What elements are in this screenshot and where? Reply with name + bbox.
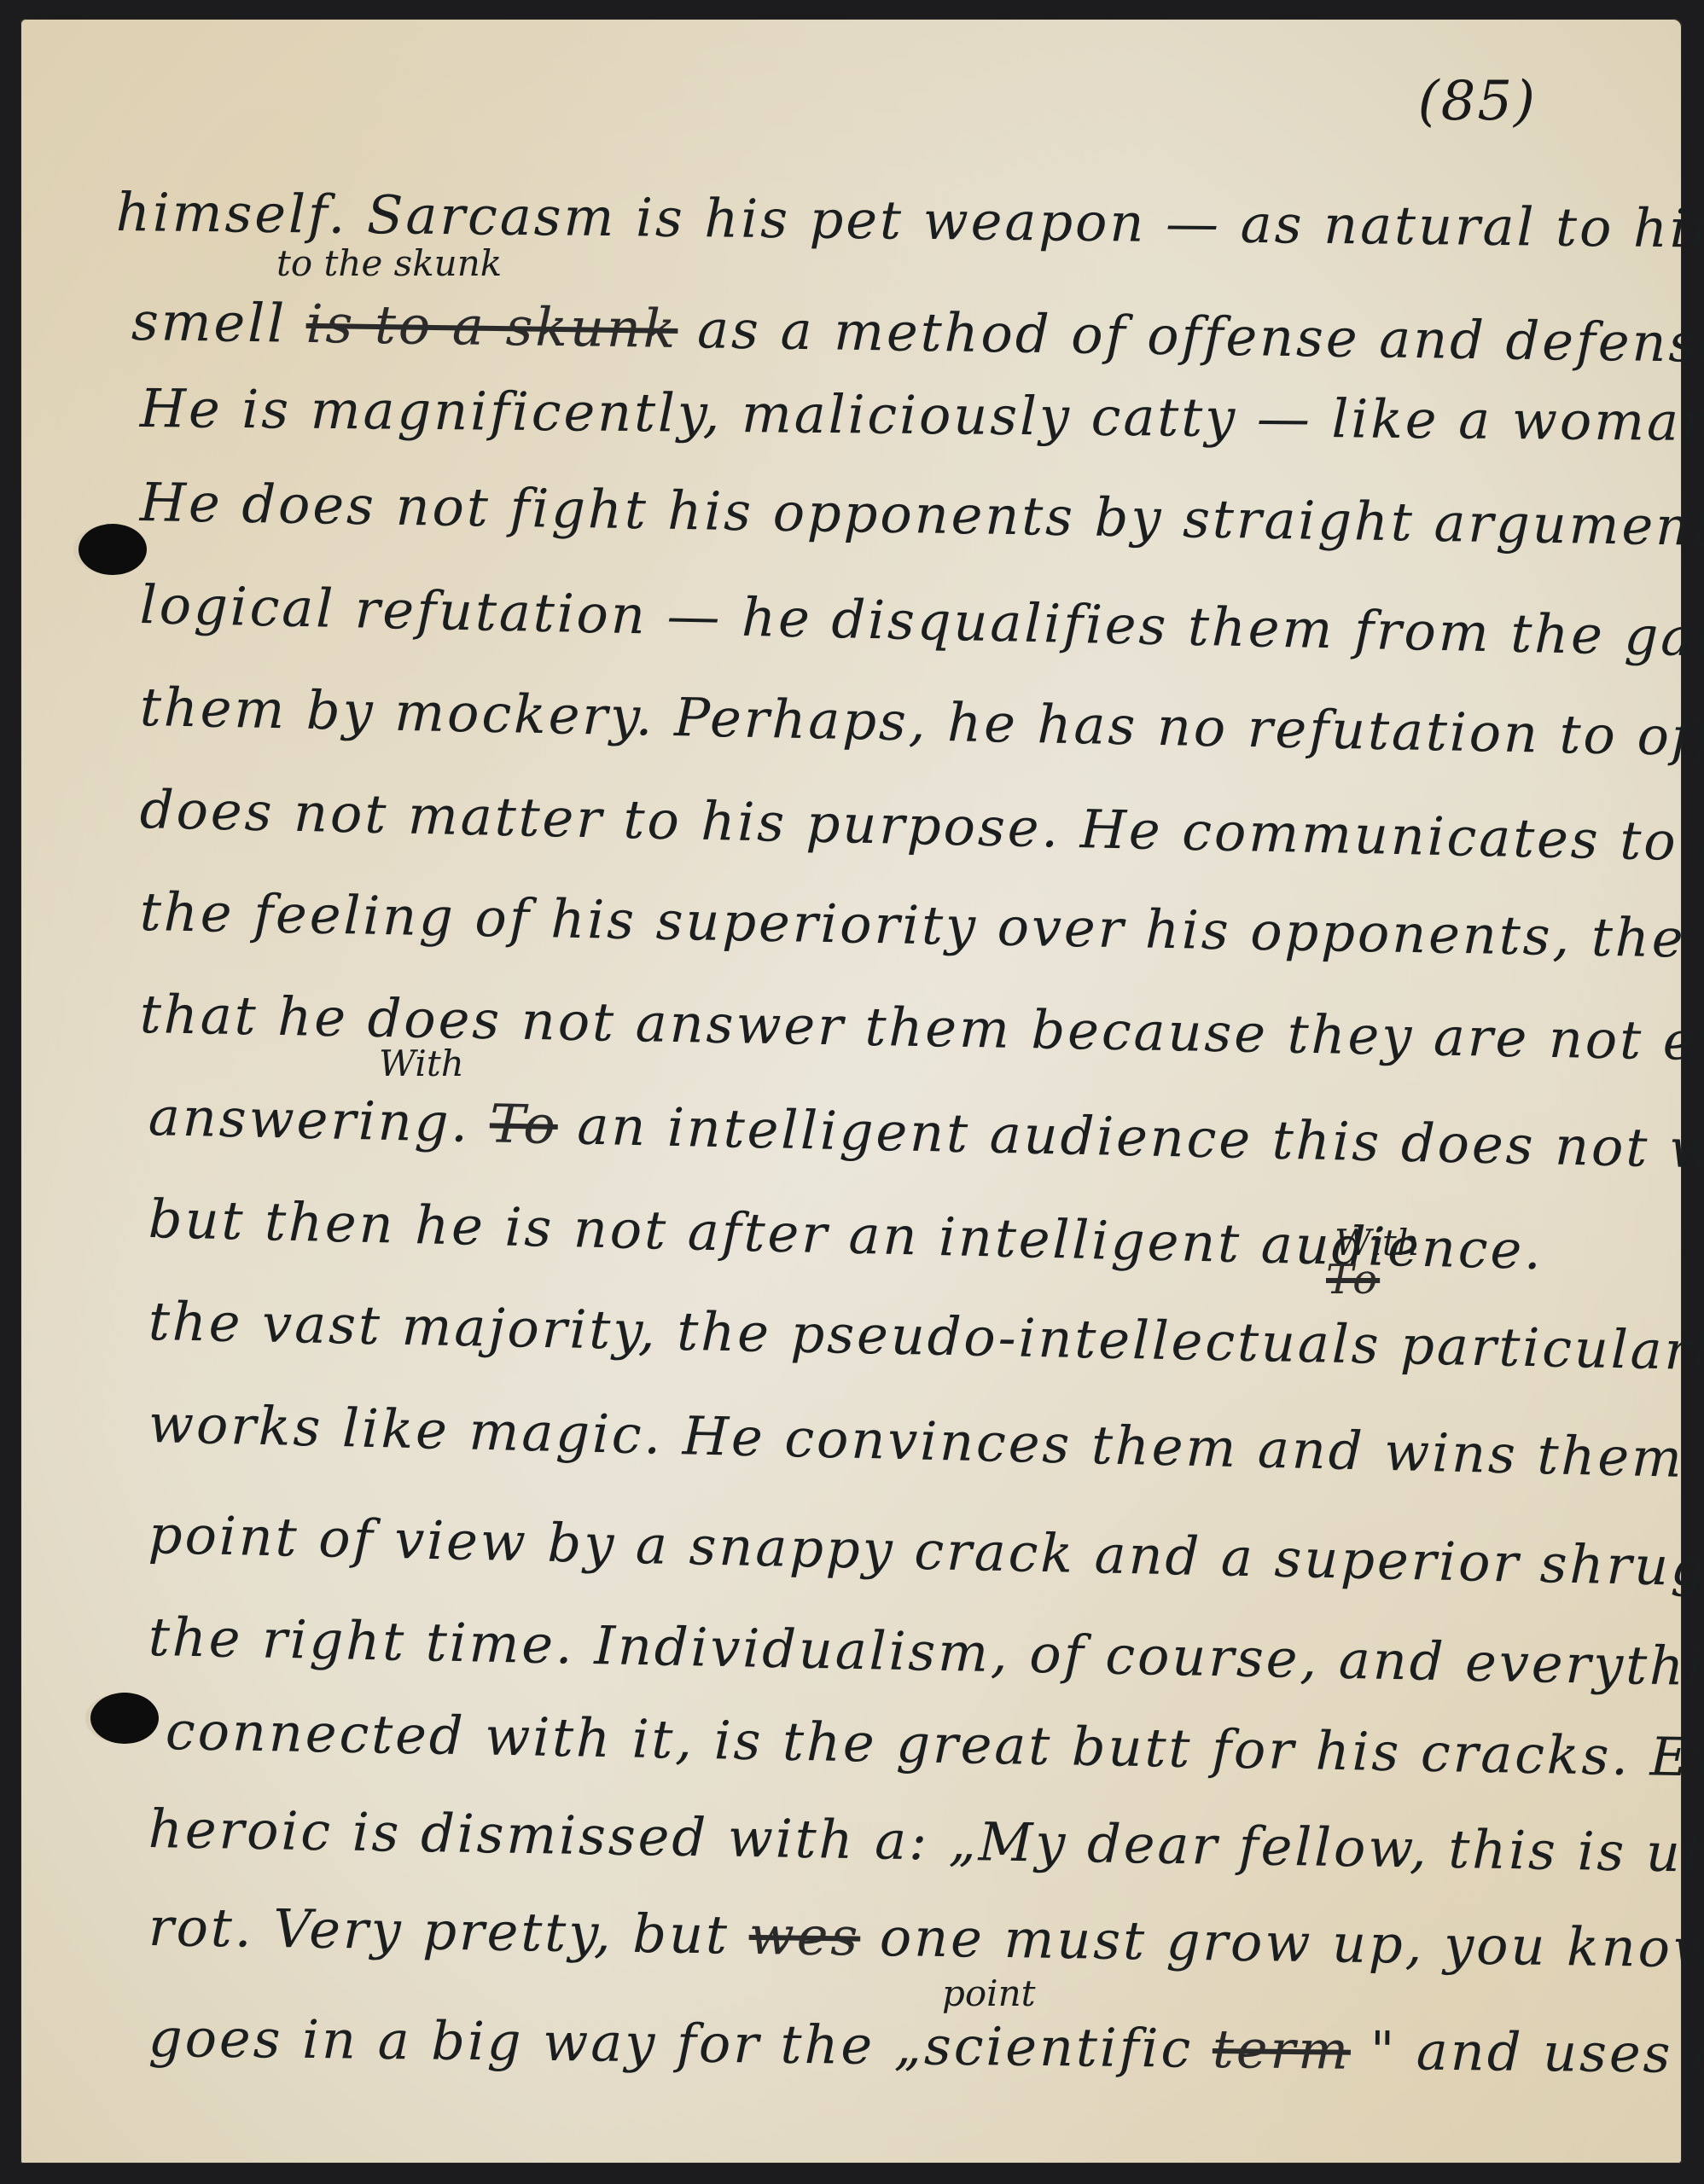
struck-text: wes <box>748 1904 861 1968</box>
text-line: the feeling of his superiority over his … <box>139 880 1704 976</box>
text-line: that he does not answer them because the… <box>139 983 1704 1077</box>
text-line: point of view by a snappy crack and a su… <box>148 1503 1704 1600</box>
text-fragment: smell <box>131 290 287 355</box>
text-line: works like magic. He convinces them and … <box>148 1392 1704 1494</box>
text-line: He is magnificently, maliciously catty —… <box>140 377 1704 456</box>
text-line: He does not fight his opponents by strai… <box>139 471 1704 560</box>
struck-text: To <box>1326 1256 1380 1304</box>
text-line: them by mockery. Perhaps, he has no refu… <box>139 676 1704 775</box>
struck-text: To <box>489 1092 558 1156</box>
handwritten-text-block: himself. Sarcasm is his pet weapon — as … <box>20 19 1682 2164</box>
interlinear-insertion: With <box>379 1043 464 1084</box>
interlinear-insertion: point <box>942 1972 1036 2014</box>
text-line: logical refutation — he disqualifies the… <box>139 573 1704 677</box>
text-line: rot. Very pretty, but wes one must grow … <box>148 1896 1704 1982</box>
text-line: heroic is dismissed with a: „My dear fel… <box>148 1798 1704 1890</box>
text-line: answering. To an intelligent audience th… <box>148 1085 1704 1188</box>
text-fragment: rot. Very pretty, but <box>148 1896 730 1966</box>
text-line: does not matter to his purpose. He commu… <box>139 778 1704 880</box>
text-fragment: the vast majority, the pseudo-intellectu… <box>148 1290 1704 1390</box>
text-line: connected with it, is the great butt for… <box>165 1699 1704 1793</box>
text-fragment: one must grow up, you know!" He <box>879 1906 1704 1982</box>
text-line: goes in a big way for the „scientific te… <box>148 2007 1704 2086</box>
interlinear-insertion: to the skunk <box>276 242 502 284</box>
struck-text: is to a skunk <box>305 293 678 360</box>
text-fragment: an intelligent audience this does not wo… <box>577 1095 1704 1188</box>
text-line: the vast majority, the pseudo-intellectu… <box>148 1290 1704 1390</box>
text-fragment: " and uses all <box>1370 2019 1704 2086</box>
text-fragment: goes in a big way for the „scientific <box>148 2007 1194 2080</box>
text-line: the right time. Individualism, of course… <box>148 1606 1704 1699</box>
manuscript-page: (85) himself. Sarcasm is his pet weapon … <box>20 19 1682 2164</box>
text-line: smell is to a skunk as a method of offen… <box>131 290 1704 375</box>
text-fragment: as a method of offense and defense. <box>697 298 1704 375</box>
struck-text: term <box>1213 2018 1352 2082</box>
text-fragment: answering. <box>148 1085 471 1154</box>
